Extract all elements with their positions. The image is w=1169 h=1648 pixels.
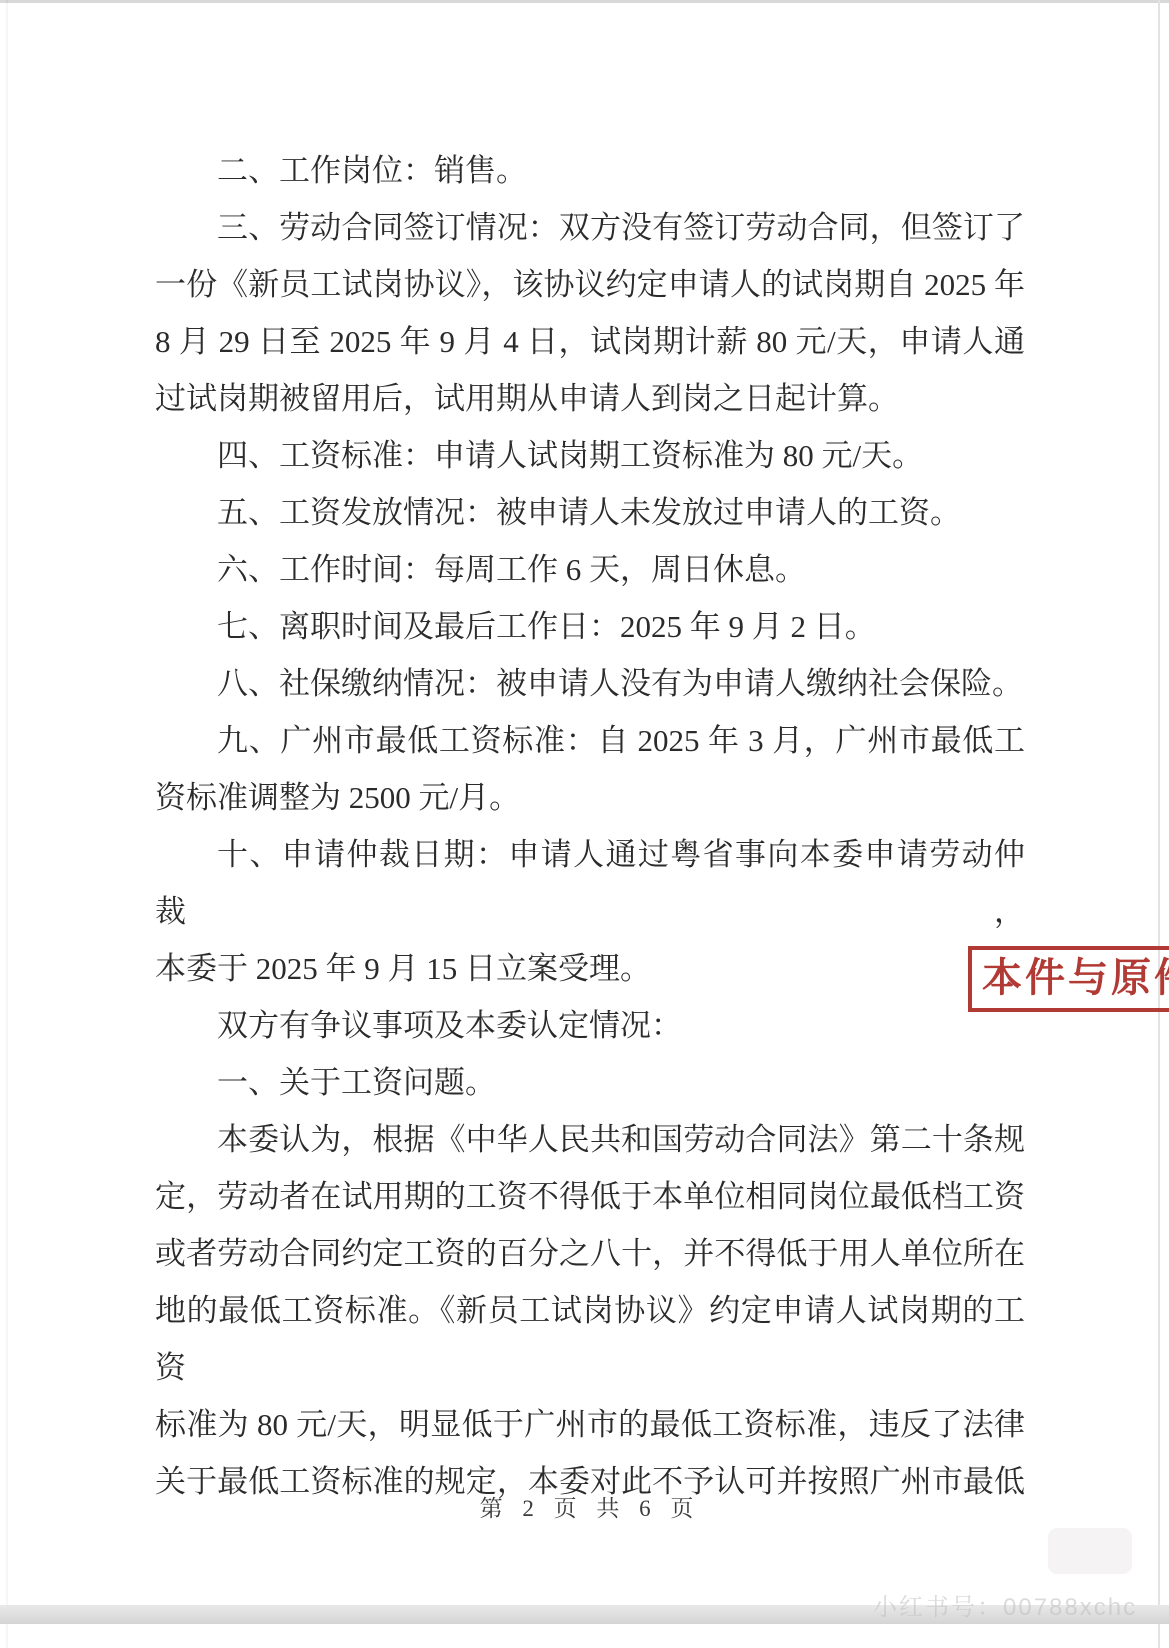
watermark-text: 小红书号：00788xchc [873,1587,1137,1622]
stamp-text: 本件与原件 [972,950,1169,1006]
text-line: 一、关于工资问题。 [155,1054,1025,1111]
page-number-footer: 第 2 页 共 6 页 [155,1490,1025,1523]
text-line: 资标准调整为 2500 元/月。 [155,769,1025,826]
text-line: 三、劳动合同签订情况：双方没有签订劳动合同，但签订了 [155,199,1025,256]
text-line: 地的最低工资标准。《新员工试岗协议》约定申请人试岗期的工资 [155,1282,1025,1396]
text-line: 八、社保缴纳情况：被申请人没有为申请人缴纳社会保险。 [155,655,1025,712]
text-line: 五、工资发放情况：被申请人未发放过申请人的工资。 [155,484,1025,541]
page-top-edge [0,0,1169,3]
text-line: 十、申请仲裁日期：申请人通过粤省事向本委申请劳动仲裁， [155,826,1025,940]
text-line: 本委认为，根据《中华人民共和国劳动合同法》第二十条规 [155,1111,1025,1168]
page-left-edge [6,0,8,1648]
text-line: 六、工作时间：每周工作 6 天，周日休息。 [155,541,1025,598]
text-line: 九、广州市最低工资标准：自 2025 年 3 月，广州市最低工 [155,712,1025,769]
text-line: 或者劳动合同约定工资的百分之八十，并不得低于用人单位所在 [155,1225,1025,1282]
text-line: 本委于 2025 年 9 月 15 日立案受理。 [155,940,1025,997]
text-line: 标准为 80 元/天，明显低于广州市的最低工资标准，违反了法律 [155,1396,1025,1453]
text-line: 定，劳动者在试用期的工资不得低于本单位相同岗位最低档工资 [155,1168,1025,1225]
text-line: 一份《新员工试岗协议》，该协议约定申请人的试岗期自 2025 年 [155,256,1025,313]
text-line: 8 月 29 日至 2025 年 9 月 4 日，试岗期计薪 80 元/天，申请… [155,313,1025,370]
text-line: 过试岗期被留用后，试用期从申请人到岗之日起计算。 [155,370,1025,427]
text-line: 二、工作岗位：销售。 [155,142,1025,199]
document-body: 二、工作岗位：销售。 三、劳动合同签订情况：双方没有签订劳动合同，但签订了 一份… [155,142,1025,1510]
text-line: 双方有争议事项及本委认定情况： [155,997,1025,1054]
verification-stamp: 本件与原件 [968,946,1169,1012]
text-line: 四、工资标准：申请人试岗期工资标准为 80 元/天。 [155,427,1025,484]
xiaohongshu-logo-watermark [1048,1528,1132,1574]
page-right-edge [1158,0,1160,1648]
text-line: 七、离职时间及最后工作日：2025 年 9 月 2 日。 [155,598,1025,655]
